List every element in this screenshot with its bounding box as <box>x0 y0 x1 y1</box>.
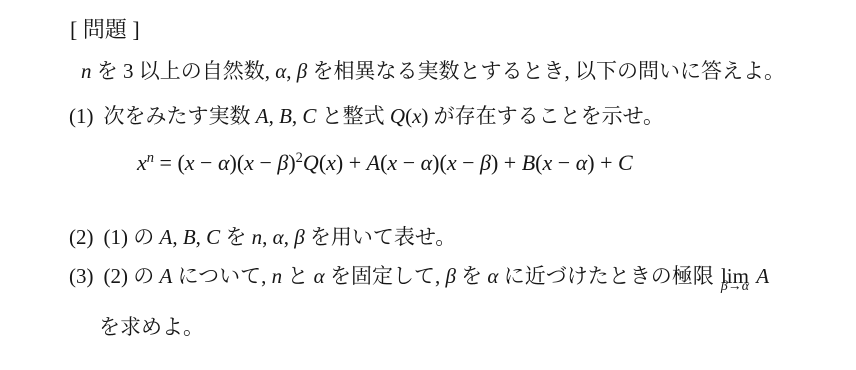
math-variable: A <box>160 225 173 249</box>
question-3-continuation: を求めよ。 <box>99 314 204 341</box>
text-segment: を用いて表せ。 <box>305 225 457 249</box>
problem-statement: n を 3 以上の自然数, α, β を相異なる実数とするとき, 以下の問いに答… <box>81 58 785 85</box>
text-segment: ( <box>535 150 542 175</box>
math-variable: α <box>576 150 588 175</box>
question-1: (1)次をみたす実数 A, B, C と整式 Q(x) が存在することを示せ。 <box>69 103 664 130</box>
math-variable: Q <box>303 150 319 175</box>
math-superscript: 2 <box>296 150 303 166</box>
math-variable: B <box>279 104 292 128</box>
text-segment: について, <box>172 264 271 288</box>
math-variable: C <box>302 104 316 128</box>
math-variable: α <box>421 150 433 175</box>
math-variable: x <box>387 150 397 175</box>
text-segment: ) <box>288 150 295 175</box>
math-variable: B <box>522 150 535 175</box>
math-variable: α <box>314 264 325 288</box>
text-segment: と整式 <box>316 104 390 128</box>
text-segment: の <box>128 225 160 249</box>
text-segment: に近づけたときの極限 <box>498 264 719 288</box>
math-variable: x <box>244 150 254 175</box>
text-segment: − <box>552 150 575 175</box>
math-variable: β <box>480 150 491 175</box>
text-segment: − <box>195 150 218 175</box>
math-variable: A <box>160 264 173 288</box>
math-variable: Q <box>390 104 405 128</box>
display-equation: xn = (x − α)(x − β)2Q(x) + A(x − α)(x − … <box>137 149 633 178</box>
math-variable: B <box>183 225 196 249</box>
math-variable: x <box>137 150 147 175</box>
math-variable: β <box>294 225 304 249</box>
text-segment: と <box>282 264 314 288</box>
text-segment: , <box>286 59 297 83</box>
text-segment: , <box>284 225 295 249</box>
text-segment: を固定して, <box>325 264 446 288</box>
text-segment: )( <box>432 150 447 175</box>
question-3: (3)(2) の A について, n と α を固定して, β を α に近づけ… <box>69 263 769 290</box>
math-variable: β <box>297 59 307 83</box>
problem-title: [ 問題 ] <box>70 16 140 45</box>
text-segment: 以上の自然数, <box>134 59 276 83</box>
math-variable: C <box>618 150 633 175</box>
question-1-text: 次をみたす実数 A, B, C と整式 Q(x) が存在することを示せ。 <box>104 104 665 128</box>
math-variable: x <box>185 150 195 175</box>
math-variable: n <box>252 225 263 249</box>
text-segment: , <box>172 225 183 249</box>
math-variable: C <box>206 225 220 249</box>
text-segment: を求めよ。 <box>99 315 204 339</box>
text-segment: (1) <box>104 225 129 249</box>
math-superscript: n <box>147 150 154 166</box>
text-segment: ) + <box>587 150 618 175</box>
question-3-label: (3) <box>69 263 94 290</box>
text-segment: 3 <box>123 59 134 83</box>
text-segment: を <box>92 59 124 83</box>
text-segment: , <box>262 225 273 249</box>
text-segment: を相異なる実数とするとき, 以下の問いに答えよ。 <box>307 59 785 83</box>
text-segment: − <box>397 150 420 175</box>
math-variable: x <box>326 150 336 175</box>
limit-subscript: β→α <box>721 277 749 295</box>
math-variable: β <box>445 264 455 288</box>
math-variable: n <box>272 264 283 288</box>
math-variable: A <box>367 150 380 175</box>
limit-operator: limβ→α <box>721 263 749 290</box>
question-2-text: (1) の A, B, C を n, α, β を用いて表せ。 <box>104 225 457 249</box>
text-segment: , <box>196 225 207 249</box>
text-segment: )( <box>230 150 245 175</box>
problem-page: [ 問題 ] n を 3 以上の自然数, α, β を相異なる実数とするとき, … <box>0 0 856 370</box>
text-segment: , <box>269 104 280 128</box>
math-variable: x <box>543 150 553 175</box>
math-variable: β <box>277 150 288 175</box>
math-variable: n <box>81 59 92 83</box>
math-variable: A <box>256 104 269 128</box>
text-segment: , <box>292 104 303 128</box>
text-segment: が存在することを示せ。 <box>428 104 664 128</box>
text-segment: ) + <box>336 150 367 175</box>
text-segment: (2) <box>104 264 129 288</box>
text-segment: の <box>128 264 160 288</box>
text-segment: を <box>456 264 488 288</box>
text-segment: を <box>220 225 252 249</box>
question-3-text: (2) の A について, n と α を固定して, β を α に近づけたとき… <box>104 264 770 288</box>
text-segment: = ( <box>154 150 185 175</box>
question-2: (2)(1) の A, B, C を n, α, β を用いて表せ。 <box>69 224 456 251</box>
math-variable: α <box>487 264 498 288</box>
math-variable: α <box>275 59 286 83</box>
math-variable: α <box>218 150 230 175</box>
text-segment: − <box>457 150 480 175</box>
text-segment: − <box>254 150 277 175</box>
math-variable: α <box>273 225 284 249</box>
text-segment: ) + <box>491 150 522 175</box>
math-variable: x <box>447 150 457 175</box>
question-1-label: (1) <box>69 103 94 130</box>
math-variable: A <box>756 264 769 288</box>
question-2-label: (2) <box>69 224 94 251</box>
text-segment: 次をみたす実数 <box>104 104 256 128</box>
